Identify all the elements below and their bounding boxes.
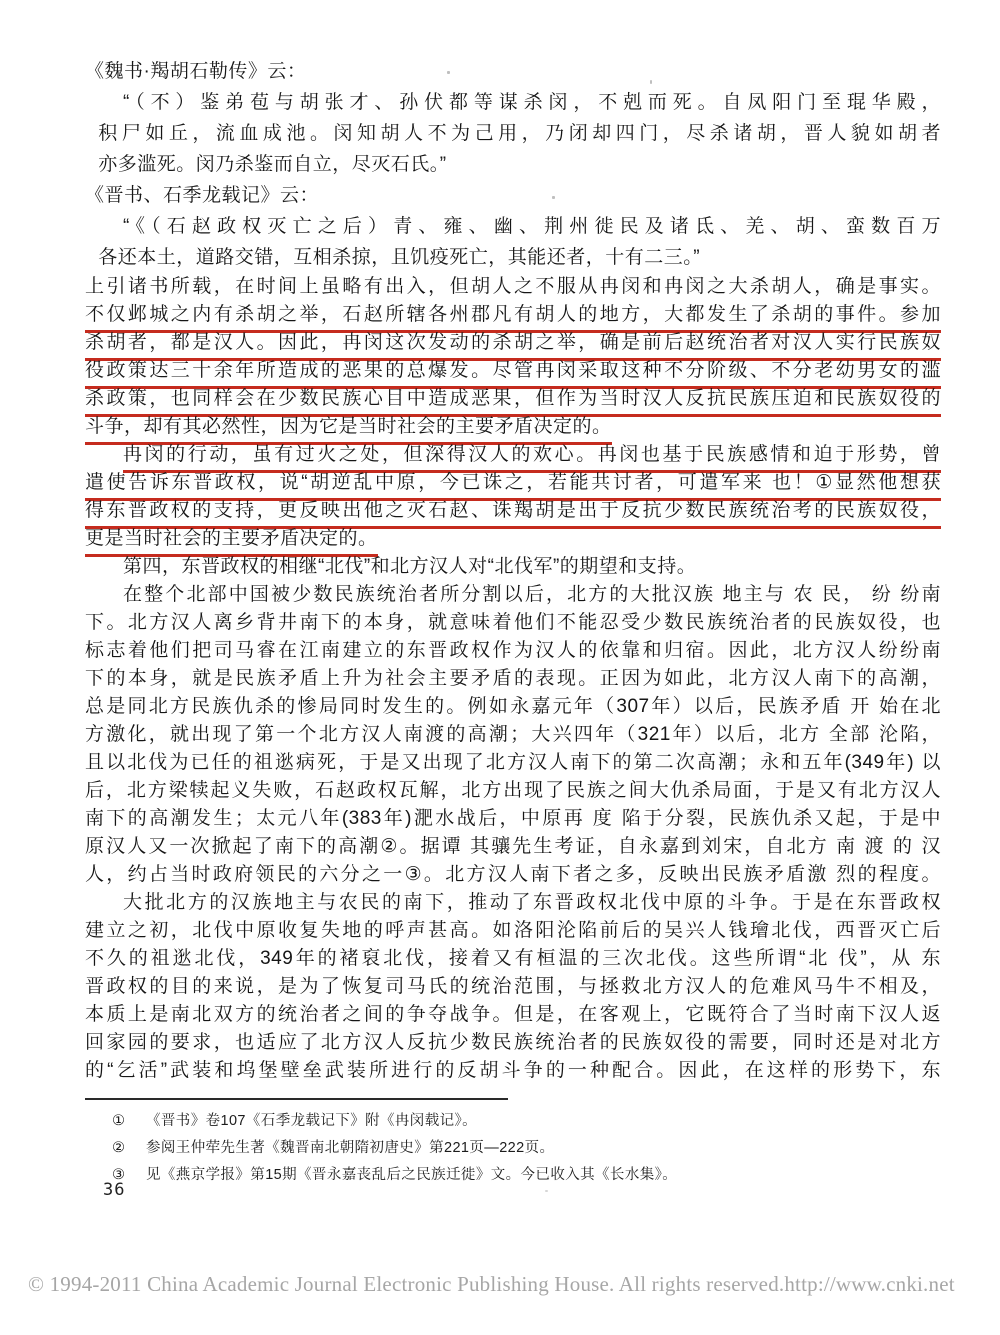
footnotes: ①《晋书》卷107《石季龙载记下》附《冉闵载记》。②参阅王仲荦先生著《魏晋南北朝…	[112, 1108, 812, 1189]
line-text: 后，北方梁犊起义失败，石赵政权瓦解，北方出现了民族之间大仇杀局面，于是又有北方汉…	[85, 777, 941, 805]
line-text: 下。北方汉人离乡背井南下的本身，就意味着他们不能忍受少数民族统治者的民族奴役，也	[85, 609, 941, 637]
text-line: 积尸如丘，流血成池。闵知胡人不为己用，乃闭却四门，尽杀诸胡，晋人貌如胡者	[85, 118, 941, 149]
line-text: 下的本身，就是民族矛盾上升为社会主要矛盾的表现。正因为如此，北方汉人南下的高潮，	[85, 665, 941, 693]
footnote-text: 参阅王仲荦先生著《魏晋南北朝隋初唐史》第221页—222页。	[146, 1140, 554, 1156]
text-line: 各还本土，道路交错，互相杀掠，且饥疫死亡，其能还者，十有二三。”	[85, 242, 941, 273]
text-line: 亦多滥死。闵乃杀鉴而自立，尽灭石氏。”	[85, 149, 941, 180]
text-line: 上引诸书所载，在时间上虽略有出入，但胡人之不服从冉闵和冉闵之大杀胡人，确是事实。	[85, 273, 941, 301]
text-line: 后，北方梁犊起义失败，石赵政权瓦解，北方出现了民族之间大仇杀局面，于是又有北方汉…	[85, 777, 941, 805]
text-line: 更是当时社会的主要矛盾决定的。	[85, 525, 941, 553]
text-line: 杀政策，也同样会在少数民族心目中造成恶果，但作为当时汉人反抗民族压迫和民族奴役的	[85, 385, 941, 413]
line-text: 方激化，就出现了第一个北方汉人南渡的高潮；大兴四年（321年）以后，北方 全部 …	[85, 721, 941, 749]
text-line: 原汉人又一次掀起了南下的高潮②。据谭 其骧先生考证，自永嘉到刘宋，自北方 南 渡…	[85, 833, 941, 861]
line-text: 总是同北方民族仇杀的惨局同时发生的。例如永嘉元年（307年）以后，民族矛盾 开 …	[85, 693, 941, 721]
scan-speck	[447, 71, 450, 74]
footer-url: http://www.cnki.net	[784, 1272, 954, 1297]
text-line: 《晋书、石季龙载记》云：	[85, 180, 941, 211]
footer-copyright: © 1994-2011 China Academic Journal Elect…	[28, 1272, 784, 1297]
line-text: 的“乞活”武装和坞堡壁垒武装所进行的反胡斗争的一种配合。因此，在这样的形势下，东	[85, 1057, 941, 1085]
text-line: 南下的高潮发生；太元八年(383年)淝水战后，中原再 度 陷于分裂，民族仇杀又起…	[85, 805, 941, 833]
line-text: 人，约占当时政府领民的六分之一③。北方汉人南下者之多，反映出民族矛盾激 烈的程度…	[85, 861, 941, 889]
main-text-section: 上引诸书所载，在时间上虽略有出入，但胡人之不服从冉闵和冉闵之大杀胡人，确是事实。…	[85, 273, 941, 1085]
line-text: 南下的高潮发生；太元八年(383年)淝水战后，中原再 度 陷于分裂，民族仇杀又起…	[85, 805, 941, 833]
text-line: 标志着他们把司马睿在江南建立的东晋政权作为汉人的依靠和归宿。因此，北方汉人纷纷南	[85, 637, 941, 665]
text-line: 方激化，就出现了第一个北方汉人南渡的高潮；大兴四年（321年）以后，北方 全部 …	[85, 721, 941, 749]
line-text: “《（石赵政权灭亡之后）青、雍、幽、荆州徙民及诸氐、羌、胡、蛮数百万	[123, 211, 941, 242]
scan-speck	[552, 196, 555, 199]
text-line: 《魏书·羯胡石勒传》云：	[85, 56, 941, 87]
footnote-text: 《晋书》卷107《石季龙载记下》附《冉闵载记》。	[146, 1113, 477, 1129]
text-line: 本质上是南北双方的统治者之间的争夺战争。但是，在客观上，它既符合了当时南下汉人返	[85, 1001, 941, 1029]
text-line: 在整个北部中国被少数民族统治者所分割以后，北方的大批汉族 地主与 农 民， 纷 …	[85, 581, 941, 609]
scan-speck	[650, 80, 652, 84]
line-text: 建立之初，北伐中原收复失地的呼声甚高。如洛阳沦陷前后的吴兴人钱璯北伐，西晋灭亡后	[85, 917, 941, 945]
line-text: 晋政权的目的来说，是为了恢复司马氏的统治范围，与拯救北方汉人的危难风马牛不相及，	[85, 973, 941, 1001]
footnote: ③见《燕京学报》第15期《晋永嘉丧乱后之民族迁徙》文。今已收入其《长水集》。	[112, 1162, 812, 1189]
line-text: 上引诸书所载，在时间上虽略有出入，但胡人之不服从冉闵和冉闵之大杀胡人，确是事实。	[85, 273, 941, 301]
line-text: 大批北方的汉族地主与农民的南下，推动了东晋政权北伐中原的斗争。于是在东晋政权	[123, 889, 941, 917]
footnote-marker: ②	[112, 1135, 146, 1162]
text-line: 且以北伐为已任的祖逖病死，于是又出现了北方汉人南下的第二次高潮；永和五年(349…	[85, 749, 941, 777]
text-line: “《（石赵政权灭亡之后）青、雍、幽、荆州徙民及诸氐、羌、胡、蛮数百万	[85, 211, 941, 242]
text-line: 回家园的要求，也适应了北方汉人反抗少数民族统治者的民族奴役的需要，同时还是对北方	[85, 1029, 941, 1057]
footnote-marker: ①	[112, 1108, 146, 1135]
line-text: 亦多滥死。闵乃杀鉴而自立，尽灭石氏。”	[98, 149, 446, 180]
line-text: 《晋书、石季龙载记》云：	[85, 180, 319, 211]
text-line: 第四，东晋政权的相继“北伐”和北方汉人对“北伐军”的期望和支持。	[85, 553, 941, 581]
text-line: 建立之初，北伐中原收复失地的呼声甚高。如洛阳沦陷前后的吴兴人钱璯北伐，西晋灭亡后	[85, 917, 941, 945]
text-line: 人，约占当时政府领民的六分之一③。北方汉人南下者之多，反映出民族矛盾激 烈的程度…	[85, 861, 941, 889]
footnote-separator	[85, 1098, 508, 1100]
line-text: 第四，东晋政权的相继“北伐”和北方汉人对“北伐军”的期望和支持。	[123, 553, 696, 581]
text-line: 的“乞活”武装和坞堡壁垒武装所进行的反胡斗争的一种配合。因此，在这样的形势下，东	[85, 1057, 941, 1085]
line-text: 且以北伐为已任的祖逖病死，于是又出现了北方汉人南下的第二次高潮；永和五年(349…	[85, 749, 941, 777]
text-line: 大批北方的汉族地主与农民的南下，推动了东晋政权北伐中原的斗争。于是在东晋政权	[85, 889, 941, 917]
line-text: 在整个北部中国被少数民族统治者所分割以后，北方的大批汉族 地主与 农 民， 纷 …	[123, 581, 941, 609]
footnote-text: 见《燕京学报》第15期《晋永嘉丧乱后之民族迁徙》文。今已收入其《长水集》。	[146, 1167, 677, 1183]
text-line: 役政策达三十余年所造成的恶果的总爆发。尽管冉闵采取这种不分阶级、不分老幼男女的滥	[85, 357, 941, 385]
page-number: 36	[103, 1180, 125, 1200]
document-page: 《魏书·羯胡石勒传》云：“（不）鉴弟苞与胡张才、孙伏都等谋杀闵，不剋而死。自凤阳…	[0, 0, 1000, 1335]
text-line: 下的本身，就是民族矛盾上升为社会主要矛盾的表现。正因为如此，北方汉人南下的高潮，	[85, 665, 941, 693]
text-line: 得东晋政权的支持，更反映出他之灭石赵、诛羯胡是出于反抗少数民族统治考的民族奴役，	[85, 497, 941, 525]
line-text: 标志着他们把司马睿在江南建立的东晋政权作为汉人的依靠和归宿。因此，北方汉人纷纷南	[85, 637, 941, 665]
line-text: 本质上是南北双方的统治者之间的争夺战争。但是，在客观上，它既符合了当时南下汉人返	[85, 1001, 941, 1029]
line-text: “（不）鉴弟苞与胡张才、孙伏都等谋杀闵，不剋而死。自凤阳门至琨华殿，	[123, 87, 941, 118]
text-line: “（不）鉴弟苞与胡张才、孙伏都等谋杀闵，不剋而死。自凤阳门至琨华殿，	[85, 87, 941, 118]
footnote: ②参阅王仲荦先生著《魏晋南北朝隋初唐史》第221页—222页。	[112, 1135, 812, 1162]
quoted-sources-section: 《魏书·羯胡石勒传》云：“（不）鉴弟苞与胡张才、孙伏都等谋杀闵，不剋而死。自凤阳…	[85, 56, 941, 273]
text-line: 冉闵的行动，虽有过火之处，但深得汉人的欢心。冉闵也基于民族感情和迫于形势，曾	[85, 441, 941, 469]
footnote: ①《晋书》卷107《石季龙载记下》附《冉闵载记》。	[112, 1108, 812, 1135]
line-text: 原汉人又一次掀起了南下的高潮②。据谭 其骧先生考证，自永嘉到刘宋，自北方 南 渡…	[85, 833, 941, 861]
scan-speck	[545, 1190, 548, 1192]
text-line: 晋政权的目的来说，是为了恢复司马氏的统治范围，与拯救北方汉人的危难风马牛不相及，	[85, 973, 941, 1001]
text-line: 遣使告诉东晋政权，说“胡逆乱中原，今已诛之，若能共讨者，可遣军来 也！①显然他想…	[85, 469, 941, 497]
line-text: 回家园的要求，也适应了北方汉人反抗少数民族统治者的民族奴役的需要，同时还是对北方	[85, 1029, 941, 1057]
line-text: 不久的祖逖北伐，349年的褚裒北伐，接着又有桓温的三次北伐。这些所谓“北 伐”，…	[85, 945, 941, 973]
line-text: 各还本土，道路交错，互相杀掠，且饥疫死亡，其能还者，十有二三。”	[98, 242, 700, 273]
footer-watermark: © 1994-2011 China Academic Journal Elect…	[28, 1272, 920, 1297]
text-line: 总是同北方民族仇杀的惨局同时发生的。例如永嘉元年（307年）以后，民族矛盾 开 …	[85, 693, 941, 721]
text-line: 下。北方汉人离乡背井南下的本身，就意味着他们不能忍受少数民族统治者的民族奴役，也	[85, 609, 941, 637]
text-line: 不久的祖逖北伐，349年的褚裒北伐，接着又有桓温的三次北伐。这些所谓“北 伐”，…	[85, 945, 941, 973]
text-line: 不仅邺城之内有杀胡之举，石赵所辖各州郡凡有胡人的地方，大都发生了杀胡的事件。参加	[85, 301, 941, 329]
line-text: 积尸如丘，流血成池。闵知胡人不为己用，乃闭却四门，尽杀诸胡，晋人貌如胡者	[98, 118, 941, 149]
text-line: 杀胡者，都是汉人。因此，冉闵这次发动的杀胡之举，确是前后赵统治者对汉人实行民族奴	[85, 329, 941, 357]
text-line: 斗争，却有其必然性，因为它是当时社会的主要矛盾决定的。	[85, 413, 941, 441]
line-text: 《魏书·羯胡石勒传》云：	[85, 56, 306, 87]
